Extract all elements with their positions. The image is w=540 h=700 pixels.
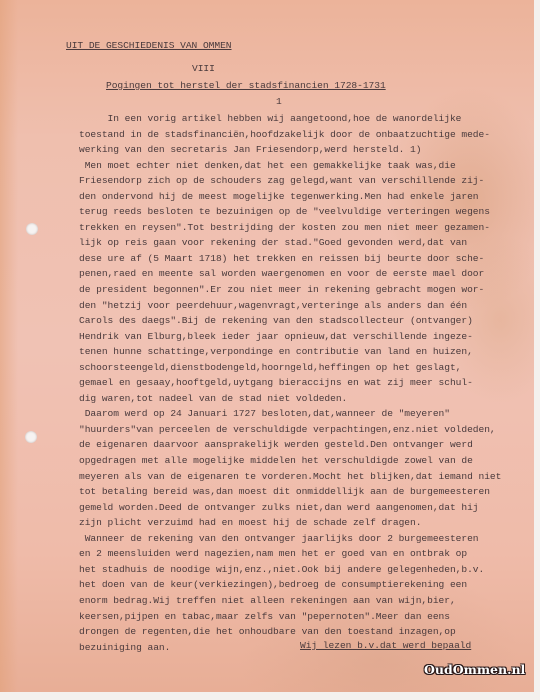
body-line: Wanneer de rekening van den ontvanger ja… [79, 531, 501, 547]
body-line: Carols des daegs".Bij de rekening van de… [79, 313, 501, 329]
body-line: keersen,pijpen en tabac,maar zelfs van "… [79, 609, 501, 625]
body-line: Friesendorp zich op de schouders zag gel… [79, 173, 501, 189]
body-line: opgedragen met alle mogelijke middelen h… [79, 453, 501, 469]
body-line: zijn plicht verzuimd had en moest hij de… [79, 515, 501, 531]
body-line: het doen van de keur(verkiezingen),bedro… [79, 577, 501, 593]
body-line: Daarom werd op 24 Januari 1727 besloten,… [79, 406, 501, 422]
body-line: den ondervond hij de meest mogelijke teg… [79, 189, 501, 205]
body-line: Hendrik van Elburg,bleek ieder jaar opni… [79, 329, 501, 345]
article-body: In een vorig artikel hebben wij aangetoo… [79, 111, 501, 655]
body-line: toestand in de stadsfinanciën,hoofdzakel… [79, 127, 501, 143]
body-line: den "hetzij voor peerdehuur,wagenvragt,v… [79, 298, 501, 314]
body-line: In een vorig artikel hebben wij aangetoo… [79, 111, 501, 127]
body-line: en 2 meensluiden werd nagezien,nam men h… [79, 546, 501, 562]
body-line: tenen hunne schattinge,verpondinge en co… [79, 344, 501, 360]
body-line: de eigenaren daarvoor aansprakelijk werd… [79, 437, 501, 453]
body-line: dese ure af (5 Maart 1718) het trekken e… [79, 251, 501, 267]
body-line: dig waren,tot nadeel van de stad niet vo… [79, 391, 501, 407]
series-title: UIT DE GESCHIEDENIS VAN OMMEN [66, 40, 232, 52]
body-line: enorm bedrag.Wij treffen niet alleen rek… [79, 593, 501, 609]
body-line: "huurders"van perceelen de verschuldigde… [79, 422, 501, 438]
article-title: Pogingen tot herstel der stadsfinancien … [106, 80, 386, 92]
body-line: gemeld worden.Deed de ontvanger zulks ni… [79, 500, 501, 516]
body-line: drongen de regenten,die het onhoudbare v… [79, 624, 501, 640]
section-number: 1 [276, 96, 282, 108]
body-line: gemael en gesaay,hooftgeld,uytgang biera… [79, 375, 501, 391]
chapter-number: VIII [192, 63, 215, 75]
body-line: Men moet echter niet denken,dat het een … [79, 158, 501, 174]
body-line: lijk op reis gaan voor rekening der stad… [79, 235, 501, 251]
body-line: tot betaling bereid was,dan moest dit on… [79, 484, 501, 500]
body-line: het stadhuis de noodige wijn,enz.,niet.O… [79, 562, 501, 578]
body-line: werking van den secretaris Jan Friesendo… [79, 142, 501, 158]
body-line: penen,raed en meente sal worden waergeno… [79, 266, 501, 282]
body-line: meyeren als van de eigenaren te vorderen… [79, 469, 501, 485]
typewritten-document: UIT DE GESCHIEDENIS VAN OMMEN VIII Pogin… [0, 0, 540, 700]
signoff-line: Wij lezen b.v.dat werd bepaald [300, 640, 471, 652]
body-line: schoorsteengeld,dienstbodengeld,hoorngel… [79, 360, 501, 376]
body-line: terug reeds besloten te bezuinigen op de… [79, 204, 501, 220]
body-line: trekken en reysen".Tot bestrijding der k… [79, 220, 501, 236]
body-line: de president begonnen".Er zou niet meer … [79, 282, 501, 298]
watermark-logo: OudOmmen.nl [424, 662, 525, 677]
